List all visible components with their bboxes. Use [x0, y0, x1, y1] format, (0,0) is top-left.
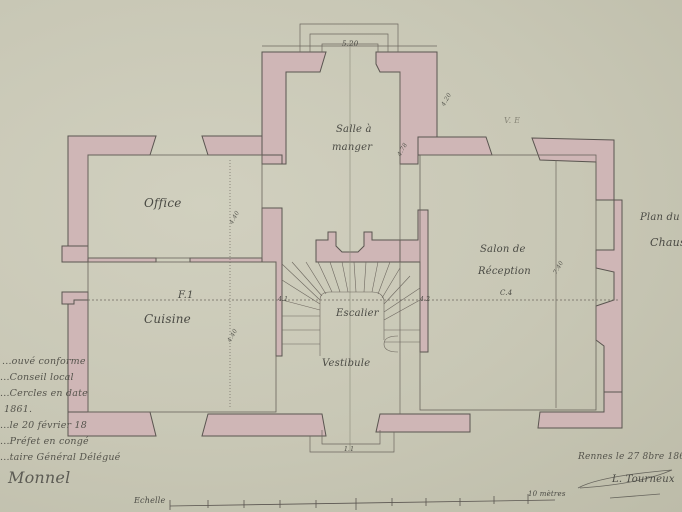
left-note-line-4: 1861. [4, 404, 32, 415]
scale-bar-lines [170, 494, 555, 510]
wall-stair-right [400, 210, 428, 352]
wall-left-mid [62, 246, 88, 262]
room-label-escalier: Escalier [336, 308, 379, 319]
room-label-salle-a-manger-2: manger [332, 142, 372, 153]
paper-sheet: Salle à manger Office F.1 Cuisine Salon … [0, 0, 682, 512]
dim-stair-right: 4.2 [420, 296, 430, 303]
left-note-line-6: ...Préfet en congé [0, 436, 89, 447]
title-line-2: Chauss [650, 236, 682, 249]
dim-top-width: 5.20 [342, 40, 358, 48]
wall-office-cuisine [88, 258, 156, 262]
dim-stair-left: 4.1 [278, 296, 288, 303]
salon-outline [420, 155, 596, 410]
dim-entrance: 1.1 [344, 446, 354, 453]
corner-mark: V. E [504, 116, 520, 125]
wall-bottom-mid-right [376, 414, 470, 432]
floor-plan-drawing [0, 0, 682, 512]
left-note-line-1: ...ouvé conforme [2, 356, 86, 367]
left-note-line-3: ...Cercles en date [0, 388, 88, 399]
right-date-line: Rennes le 27 8bre 186 [578, 452, 682, 462]
room-tag-cuisine: F.1 [178, 290, 194, 301]
left-note-line-5: ...le 20 février 18 [0, 420, 87, 431]
wall-chimney [316, 232, 400, 262]
room-label-office: Office [144, 196, 182, 210]
room-label-salon-2: Réception [478, 266, 531, 277]
room-label-salon-1: Salon de [480, 244, 526, 255]
wall-right [596, 200, 622, 392]
wall-stair-left [262, 208, 282, 356]
room-tag-salon: C.4 [500, 289, 512, 297]
left-signature: Monnel [8, 468, 70, 487]
cuisine-outline [88, 262, 276, 412]
room-label-cuisine: Cuisine [144, 312, 191, 326]
room-label-salle-a-manger-1: Salle à [336, 124, 372, 135]
wall-salon-top [418, 137, 492, 155]
scale-bar-end-label: 10 mètres [528, 490, 566, 498]
wall-office-cuisine-right [190, 258, 262, 262]
left-note-line-7: ...taire Général Délégué [0, 452, 121, 463]
title-line-1: Plan du r [640, 212, 682, 223]
wall-salon-top-right [532, 138, 614, 200]
room-label-vestibule: Vestibule [322, 358, 370, 369]
scale-bar-label: Echelle [134, 496, 165, 505]
wall-office-top [68, 136, 156, 246]
left-note-line-2: ...Conseil local [0, 372, 74, 383]
wall-salle-left [262, 52, 326, 164]
right-signature: L. Tourneux [612, 474, 675, 485]
wall-bottom-mid-left [202, 414, 326, 436]
